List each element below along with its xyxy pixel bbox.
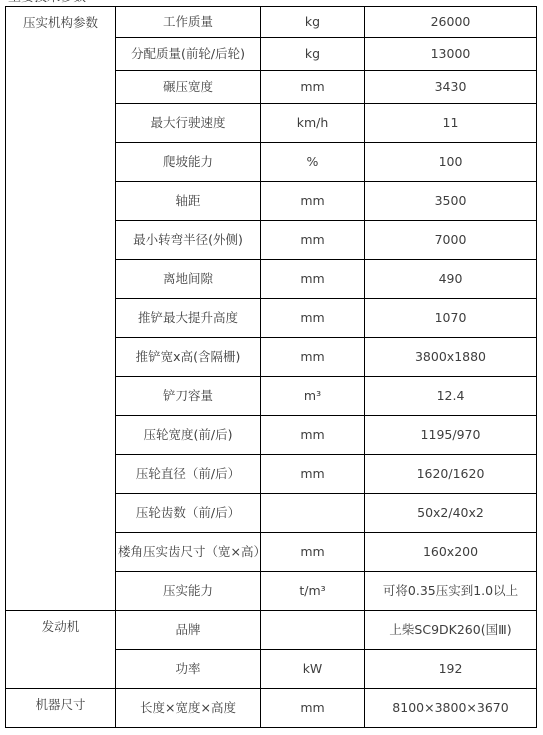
param-name: 压实能力: [116, 572, 261, 611]
spec-table: 压实机构参数工作质量kg26000分配质量(前轮/后轮)kg13000碾压宽度m…: [5, 6, 537, 728]
param-unit: mm: [261, 416, 365, 455]
section-heading: 主要技术参数: [8, 0, 86, 5]
param-value: 1620/1620: [365, 455, 537, 494]
param-unit: kg: [261, 38, 365, 71]
param-name: 铲刀容量: [116, 377, 261, 416]
param-value: 上柴SC9DK260(国Ⅲ): [365, 611, 537, 650]
param-name: 推铲宽x高(含隔栅): [116, 338, 261, 377]
param-unit: t/m³: [261, 572, 365, 611]
param-name: 最大行驶速度: [116, 104, 261, 143]
group-label: 压实机构参数: [6, 7, 116, 611]
param-value: 13000: [365, 38, 537, 71]
param-unit: [261, 494, 365, 533]
param-value: 1070: [365, 299, 537, 338]
param-unit: mm: [261, 71, 365, 104]
param-unit: mm: [261, 455, 365, 494]
param-unit: km/h: [261, 104, 365, 143]
param-value: 3500: [365, 182, 537, 221]
param-value: 7000: [365, 221, 537, 260]
param-unit: mm: [261, 338, 365, 377]
group-label: 机器尺寸: [6, 689, 116, 728]
param-unit: mm: [261, 533, 365, 572]
param-name: 推铲最大提升高度: [116, 299, 261, 338]
param-unit: mm: [261, 260, 365, 299]
param-value: 100: [365, 143, 537, 182]
param-name: 功率: [116, 650, 261, 689]
param-name: 品牌: [116, 611, 261, 650]
param-unit: mm: [261, 221, 365, 260]
param-unit: m³: [261, 377, 365, 416]
param-name: 楼角压实齿尺寸（宽×高）: [116, 533, 261, 572]
param-value: 3430: [365, 71, 537, 104]
param-value: 可将0.35压实到1.0以上: [365, 572, 537, 611]
param-value: 12.4: [365, 377, 537, 416]
param-name: 爬坡能力: [116, 143, 261, 182]
param-value: 50x2/40x2: [365, 494, 537, 533]
table-row: 发动机品牌上柴SC9DK260(国Ⅲ): [6, 611, 537, 650]
param-name: 压轮齿数（前/后）: [116, 494, 261, 533]
param-name: 长度×宽度×高度: [116, 689, 261, 728]
param-value: 11: [365, 104, 537, 143]
param-unit: mm: [261, 182, 365, 221]
param-name: 压轮直径（前/后）: [116, 455, 261, 494]
param-unit: kW: [261, 650, 365, 689]
param-value: 490: [365, 260, 537, 299]
param-value: 1195/970: [365, 416, 537, 455]
param-name: 轴距: [116, 182, 261, 221]
param-name: 工作质量: [116, 7, 261, 38]
param-value: 26000: [365, 7, 537, 38]
param-unit: mm: [261, 299, 365, 338]
group-label: 发动机: [6, 611, 116, 689]
param-name: 碾压宽度: [116, 71, 261, 104]
param-value: 160x200: [365, 533, 537, 572]
param-unit: %: [261, 143, 365, 182]
param-name: 分配质量(前轮/后轮): [116, 38, 261, 71]
param-unit: [261, 611, 365, 650]
param-unit: mm: [261, 689, 365, 728]
param-unit: kg: [261, 7, 365, 38]
param-value: 192: [365, 650, 537, 689]
table-row: 压实机构参数工作质量kg26000: [6, 7, 537, 38]
param-value: 3800x1880: [365, 338, 537, 377]
param-name: 压轮宽度(前/后): [116, 416, 261, 455]
param-name: 离地间隙: [116, 260, 261, 299]
param-name: 最小转弯半径(外侧): [116, 221, 261, 260]
table-row: 机器尺寸长度×宽度×高度mm8100×3800×3670: [6, 689, 537, 728]
param-value: 8100×3800×3670: [365, 689, 537, 728]
